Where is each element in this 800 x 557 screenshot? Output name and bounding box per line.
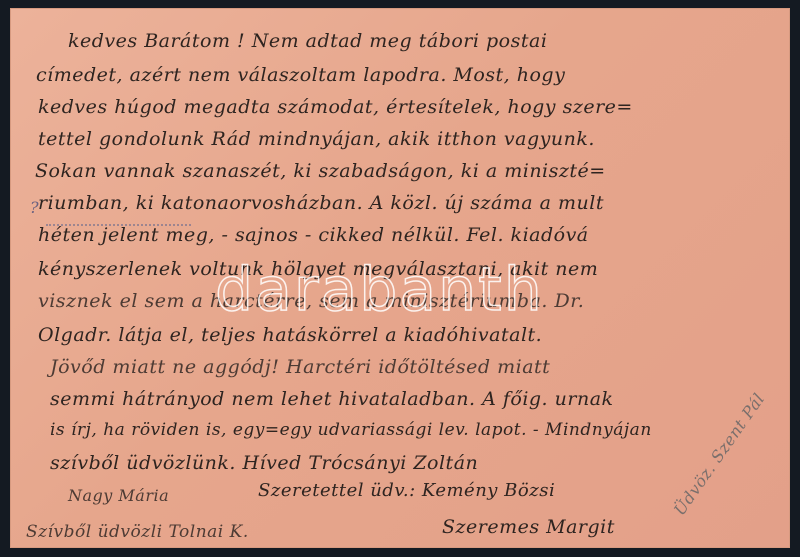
postcard: kedves Barátom ! Nem adtad meg tábori po… (10, 8, 790, 548)
text-line: Jövőd miatt ne aggódj! Harctéri időtölté… (50, 356, 550, 378)
text-line: visznek el sem a harctérre, sem a minisz… (38, 290, 584, 312)
margin-question-mark: ? (30, 198, 39, 217)
text-line: kényszerlenek voltunk hölgyet megválaszt… (38, 258, 598, 280)
signature-szeremes: Szeremes Margit (442, 516, 615, 538)
text-line: szívből üdvözlünk. Híved Trócsányi Zoltá… (50, 452, 478, 474)
text-line: címedet, azért nem válaszoltam lapodra. … (36, 64, 565, 86)
pencil-note: Üdvöz. Szent Pál (670, 390, 768, 519)
text-line: Sokan vannak szanaszét, ki szabadságon, … (35, 160, 606, 182)
text-line: tettel gondolunk Rád mindnyájan, akik it… (38, 128, 595, 150)
signature-nagy-maria: Nagy Mária (68, 486, 169, 505)
underline-mark (46, 218, 191, 226)
text-line: riumban, ki katonaorvosházban. A közl. ú… (38, 192, 604, 214)
signature-szivbol: Szívből üdvözli Tolnai K. (26, 522, 249, 542)
text-line: is írj, ha röviden is, egy=egy udvariass… (50, 420, 652, 440)
text-line: kedves Barátom ! Nem adtad meg tábori po… (68, 30, 547, 52)
text-line: semmi hátrányod nem lehet hivataladban. … (50, 388, 614, 410)
text-line: kedves húgod megadta számodat, értesítel… (38, 96, 633, 118)
signature-szeretettel: Szeretettel üdv.: Kemény Bözsi (258, 480, 555, 501)
text-line: Olgadr. látja el, teljes hatáskörrel a k… (38, 324, 542, 346)
text-line: héten jelent meg, - sajnos - cikked nélk… (38, 224, 589, 246)
